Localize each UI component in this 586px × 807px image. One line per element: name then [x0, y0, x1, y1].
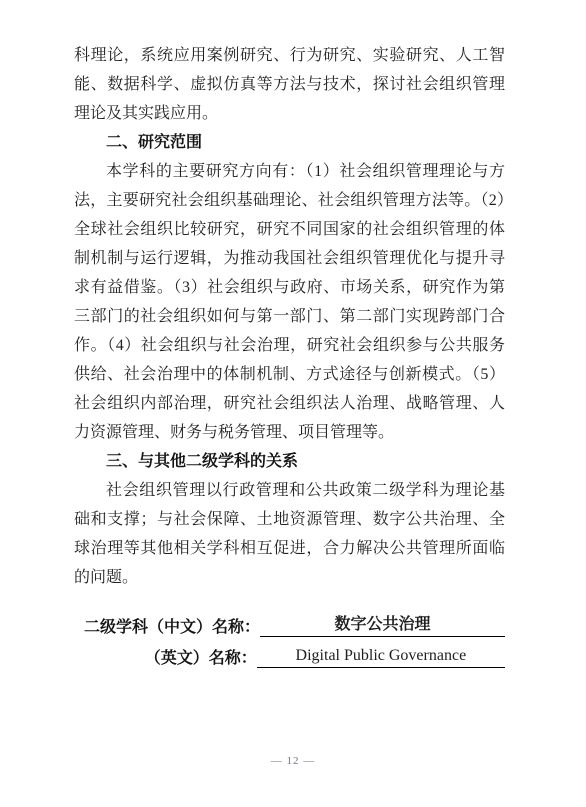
paragraph-continuation: 科理论，系统应用案例研究、行为研究、实验研究、人工智能、数据科学、虚拟仿真等方法…: [74, 41, 505, 128]
section-heading-research-scope: 二、研究范围: [74, 128, 505, 157]
section-body-relation-to-other-disciplines: 社会组织管理以行政管理和公共政策二级学科为理论基础和支撑；与社会保障、土地资源管…: [74, 476, 505, 592]
discipline-name-cn-label: 二级学科（中文）名称：: [84, 614, 260, 637]
discipline-name-en-label: （英文）名称：: [84, 645, 257, 668]
discipline-name-en-value: Digital Public Governance: [257, 645, 505, 668]
discipline-name-form: 二级学科（中文）名称： 数字公共治理 （英文）名称： Digital Publi…: [74, 606, 505, 668]
discipline-name-cn-value: 数字公共治理: [260, 614, 505, 637]
page-number: — 12 —: [0, 755, 586, 767]
discipline-name-cn-row: 二级学科（中文）名称： 数字公共治理: [84, 606, 505, 637]
document-body: 科理论，系统应用案例研究、行为研究、实验研究、人工智能、数据科学、虚拟仿真等方法…: [74, 41, 505, 668]
section-body-research-scope: 本学科的主要研究方向有：（1）社会组织管理理论与方法，主要研究社会组织基础理论、…: [74, 157, 505, 447]
document-page: 科理论，系统应用案例研究、行为研究、实验研究、人工智能、数据科学、虚拟仿真等方法…: [0, 0, 586, 807]
discipline-name-en-row: （英文）名称： Digital Public Governance: [84, 637, 505, 668]
section-heading-relation-to-other-disciplines: 三、与其他二级学科的关系: [74, 447, 505, 476]
